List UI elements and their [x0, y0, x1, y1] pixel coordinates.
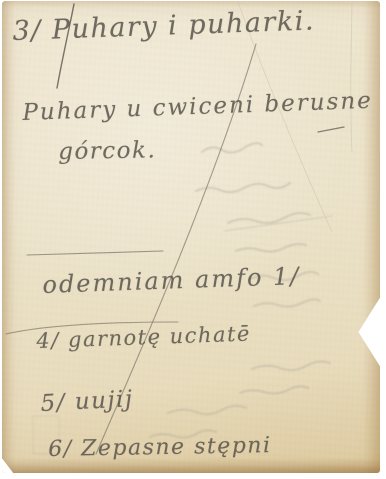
- torn-notch-right-edge: [358, 296, 380, 368]
- corner-nick-bottom-left: [2, 457, 14, 473]
- paper-edge-right: [363, 1, 380, 473]
- paper-edge-top: [2, 1, 380, 8]
- handwriting-line-7: 6/ Zepasne stępni: [48, 433, 272, 462]
- paper-edge-left: [2, 1, 15, 473]
- scan-background: { "document": { "kind": "handwritten-pen…: [0, 0, 386, 479]
- handwriting-line-3: górcok.: [58, 137, 156, 165]
- handwriting-line-6: 5/ uujij: [40, 386, 134, 417]
